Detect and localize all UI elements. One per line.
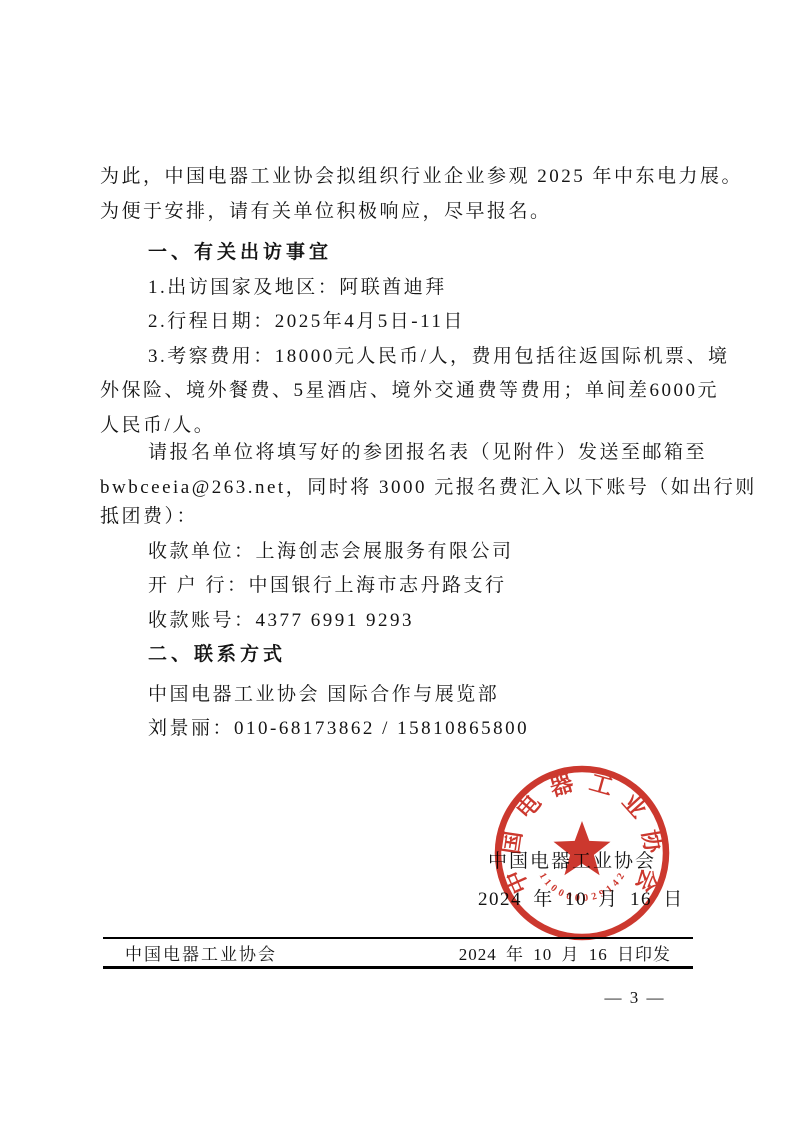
list-item: 1.出访国家及地区：阿联酋迪拜 — [100, 271, 740, 306]
payee-name-line: 收款单位：上海创志会展服务有限公司 — [100, 535, 740, 570]
footer-issue-date: 2024 年 10 月 16 日印发 — [459, 940, 693, 965]
section-heading-2: 二、联系方式 — [100, 638, 740, 673]
list-item: 2.行程日期：2025年4月5日-11日 — [100, 305, 740, 340]
seal-serial-number: 110000029142 — [537, 871, 627, 904]
paragraph-line: 外保险、境外餐费、5星酒店、境外交通费等费用；单间差6000元 — [100, 374, 740, 409]
document-body: 为此，中国电器工业协会拟组织行业企业参观 2025 年中东电力展。 为便于安排，… — [100, 160, 740, 747]
official-seal-stamp: 中国电器工业协会 110000029142 — [492, 763, 672, 943]
document-page: 为此，中国电器工业协会拟组织行业企业参观 2025 年中东电力展。 为便于安排，… — [0, 0, 794, 1123]
bank-name-line: 开 户 行：中国银行上海市志丹路支行 — [100, 569, 740, 604]
svg-text:110000029142: 110000029142 — [537, 871, 627, 904]
page-number: — 3 — — [575, 988, 695, 1008]
footer: 中国电器工业协会 2024 年 10 月 16 日印发 — [103, 939, 693, 966]
account-number-line: 收款账号：4377 6991 9293 — [100, 604, 740, 639]
footer-rule-bottom — [103, 966, 693, 969]
contact-phone-line: 刘景丽：010-68173862 / 15810865800 — [100, 712, 740, 747]
seal-star-icon — [554, 821, 611, 875]
paragraph-line: 抵团费）： — [100, 500, 740, 535]
paragraph-line: 为便于安排，请有关单位积极响应，尽早报名。 — [100, 195, 740, 230]
footer-org: 中国电器工业协会 — [103, 940, 277, 965]
list-item: 3.考察费用：18000元人民币/人，费用包括往返国际机票、境 — [100, 340, 740, 375]
contact-org-line: 中国电器工业协会 国际合作与展览部 — [100, 678, 740, 713]
paragraph-line: 请报名单位将填写好的参团报名表（见附件）发送至邮箱至 — [100, 436, 740, 471]
paragraph-line: 为此，中国电器工业协会拟组织行业企业参观 2025 年中东电力展。 — [100, 160, 740, 195]
section-heading-1: 一、有关出访事宜 — [100, 236, 740, 271]
